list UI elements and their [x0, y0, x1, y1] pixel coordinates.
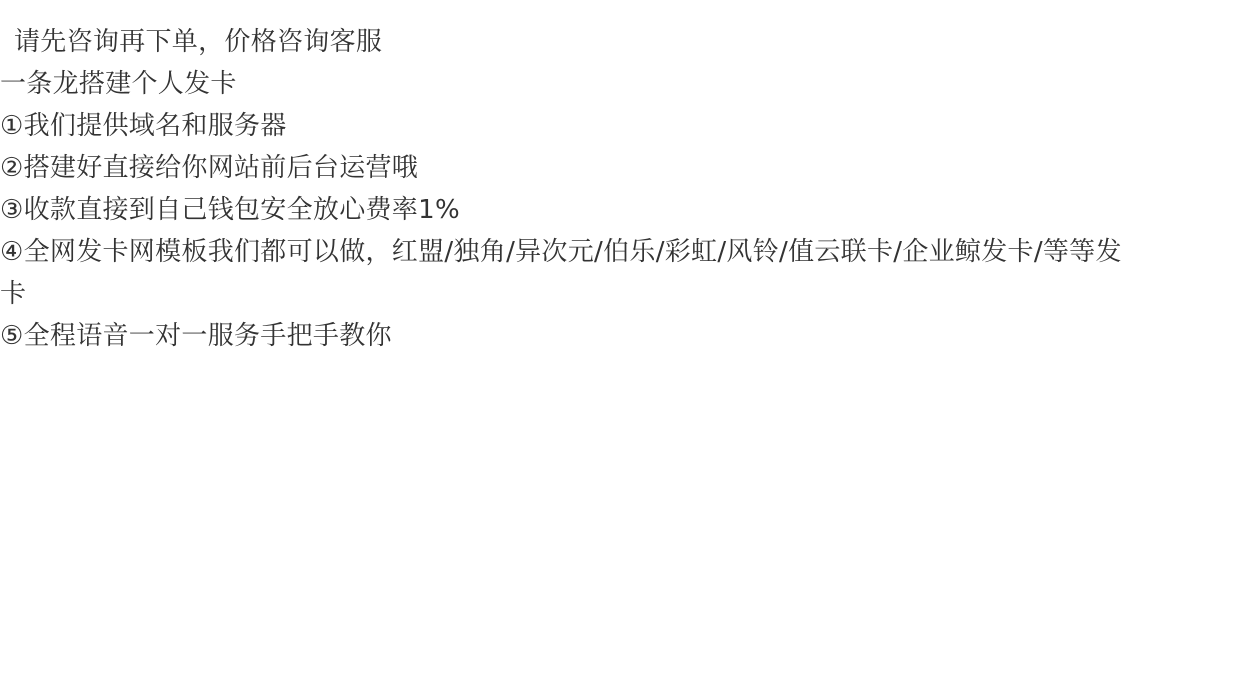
feature-item-4-continued: 卡 [0, 273, 1240, 315]
product-description: 请先咨询再下单，价格咨询客服 一条龙搭建个人发卡 ①我们提供域名和服务器 ②搭建… [0, 21, 1240, 357]
feature-item-4: ④全网发卡网模板我们都可以做，红盟/独角/异次元/伯乐/彩虹/风铃/值云联卡/企… [0, 231, 1240, 273]
feature-item-5: ⑤全程语音一对一服务手把手教你 [0, 315, 1240, 357]
notice-consult-first: 请先咨询再下单，价格咨询客服 [0, 21, 1240, 63]
service-title: 一条龙搭建个人发卡 [0, 63, 1240, 105]
feature-item-1: ①我们提供域名和服务器 [0, 105, 1240, 147]
feature-item-3: ③收款直接到自己钱包安全放心费率1% [0, 189, 1240, 231]
feature-item-2: ②搭建好直接给你网站前后台运营哦 [0, 147, 1240, 189]
